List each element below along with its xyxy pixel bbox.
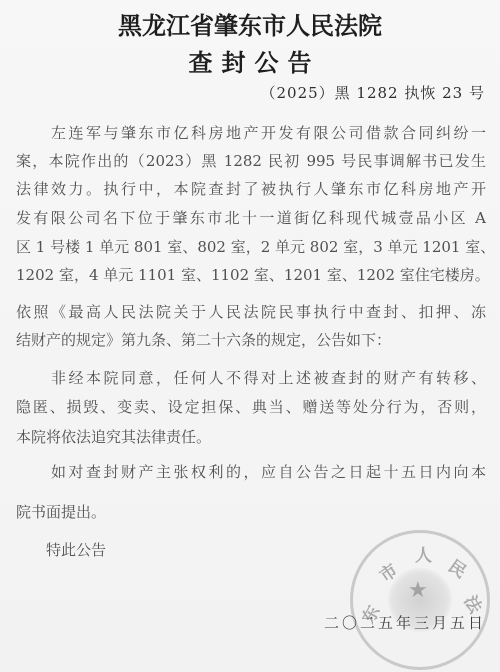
text-line: 区 1 号楼 1 单元 801 室、802 室，2 单元 802 室，3 单元 … — [16, 237, 486, 257]
court-seal: ★ 东 市 人 民 法 — [350, 530, 490, 670]
text-line: 本院将依法追究其法律责任。 — [16, 427, 486, 447]
issue-date: 二〇二五年三月五日 — [324, 612, 486, 633]
case-number: （2025）黑 1282 执恢 23 号 — [260, 82, 485, 103]
text-line: 非经本院同意，任何人不得对上述被查封的财产有转移、 — [16, 368, 486, 388]
court-name-heading: 黑龙江省肇东市人民法院 — [0, 6, 500, 41]
text-line: 隐匿、损毁、变卖、设定担保、典当、赠送等处分行为，否则， — [16, 397, 486, 417]
text-line: 发有限公司名下位于肇东市北十一道街亿科现代城壹品小区 A — [16, 208, 486, 228]
seal-char: 民 — [444, 552, 472, 582]
text-line: 如对查封财产主张权利的，应自公告之日起十五日内向本 — [16, 462, 486, 482]
seal-char: 人 — [415, 541, 432, 566]
text-line: 依照《最高人民法院关于人民法院民事执行中查封、扣押、冻 — [16, 302, 486, 322]
text-line: 结财产的规定》第九条、第二十六条的规定，公告如下： — [16, 330, 486, 350]
star-icon: ★ — [408, 578, 428, 603]
text-line: 案，本院作出的（2023）黑 1282 民初 995 号民事调解书已发生 — [16, 151, 486, 171]
text-line: 左连军与肇东市亿科房地产开发有限公司借款合同纠纷一 — [16, 123, 486, 143]
notice-page: 黑龙江省肇东市人民法院 查封公告 （2025）黑 1282 执恢 23 号 左连… — [0, 0, 500, 672]
text-line: 院书面提出。 — [16, 502, 486, 522]
text-line: 1202 室，4 单元 1101 室、1102 室、1201 室、1202 室住… — [16, 265, 486, 285]
text-line: 法律效力。执行中，本院查封了被执行人肇东市亿科房地产开 — [16, 179, 486, 199]
notice-title: 查封公告 — [0, 43, 500, 78]
